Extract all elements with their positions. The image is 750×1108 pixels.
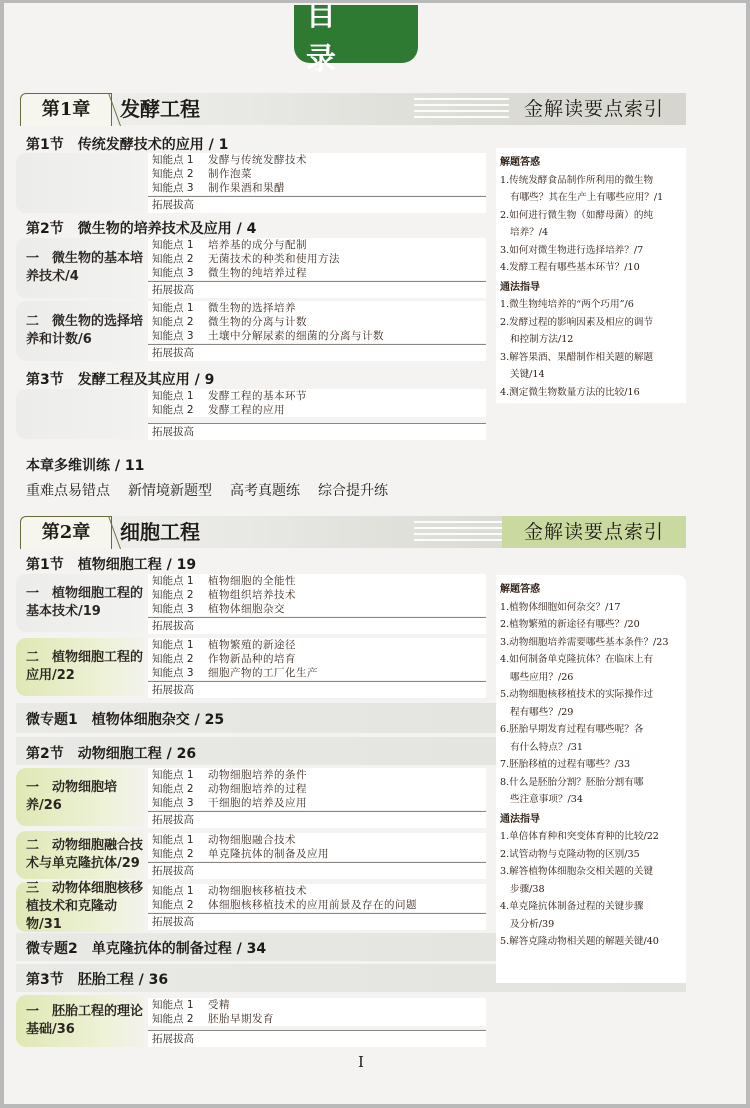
section-title: 传统发酵技术的应用 / 1 <box>78 137 229 153</box>
knowledge-block: 二 植物细胞工程的应用/22 知能点 1植物繁殖的新途径 知能点 2作物新品种的… <box>16 638 486 696</box>
kp-label: 知能点 2 <box>148 252 208 266</box>
knowledge-point[interactable]: 知能点 2动物细胞培养的过程 <box>148 782 486 796</box>
section-link[interactable]: 第1节植物细胞工程 / 19 <box>26 554 196 574</box>
knowledge-point[interactable]: 知能点 1动物细胞融合技术 <box>148 833 486 847</box>
extension-link[interactable]: 拓展拔高 <box>148 862 486 879</box>
knowledge-point[interactable]: 知能点 2胚胎早期发育 <box>148 1012 486 1026</box>
section-number: 第1节 <box>26 557 64 573</box>
knowledge-point[interactable]: 知能点 2植物组织培养技术 <box>148 588 486 602</box>
section-number: 第3节 <box>26 372 64 388</box>
kp-text: 土壤中分解尿素的细菌的分离与计数 <box>208 329 384 343</box>
chapter-drill-title[interactable]: 本章多维训练 / 11 <box>26 455 144 475</box>
kp-text: 细胞产物的工厂化生产 <box>208 666 318 680</box>
drill-item[interactable]: 新情境新题型 <box>128 483 212 499</box>
extension-link[interactable]: 拓展拔高 <box>148 196 486 213</box>
index-item[interactable]: 2.如何进行微生物（如酵母菌）的纯培养？/4 <box>500 207 682 242</box>
kp-text: 动物细胞培养的过程 <box>208 782 307 796</box>
section-number: 第2节 <box>26 221 64 237</box>
kp-label: 知能点 2 <box>148 588 208 602</box>
knowledge-point[interactable]: 知能点 1动物细胞核移植技术 <box>148 884 486 898</box>
index-item[interactable]: 1.单倍体育种和突变体育种的比较/22 <box>500 828 682 846</box>
section-number: 第1节 <box>26 137 64 153</box>
index-item[interactable]: 2.试管动物与克隆动物的区别/35 <box>500 846 682 864</box>
knowledge-point[interactable]: 知能点 1受精 <box>148 998 486 1012</box>
kp-label: 知能点 2 <box>148 782 208 796</box>
extension-link[interactable]: 拓展拔高 <box>148 281 486 298</box>
kp-text: 作物新品种的培育 <box>208 652 296 666</box>
extension-link[interactable]: 拓展拔高 <box>148 681 486 698</box>
section-title: 动物细胞工程 / 26 <box>78 746 196 762</box>
index-item[interactable]: 1.植物体细胞如何杂交？/17 <box>500 599 682 617</box>
kp-text: 植物组织培养技术 <box>208 588 296 602</box>
kp-label: 知能点 2 <box>148 898 208 912</box>
section-number: 微专题1 <box>26 712 78 728</box>
knowledge-point[interactable]: 知能点 1微生物的选择培养 <box>148 301 486 315</box>
knowledge-point[interactable]: 知能点 2微生物的分离与计数 <box>148 315 486 329</box>
knowledge-point[interactable]: 知能点 1动物细胞培养的条件 <box>148 768 486 782</box>
kp-label: 知能点 3 <box>148 329 208 343</box>
chapter-1-tag: 第1章 <box>20 93 112 126</box>
kp-text: 动物细胞培养的条件 <box>208 768 307 782</box>
extension-link[interactable]: 拓展拔高 <box>148 344 486 361</box>
knowledge-point[interactable]: 知能点 3植物体细胞杂交 <box>148 602 486 616</box>
index-item[interactable]: 3.动物细胞培养需要哪些基本条件？/23 <box>500 634 682 652</box>
kp-label: 知能点 3 <box>148 602 208 616</box>
chapter-2-index-title: 金解读要点索引 <box>502 516 686 548</box>
knowledge-block: 知能点 1发酵与传统发酵技术 知能点 2制作泡菜 知能点 3制作果酒和果醋 拓展… <box>16 153 486 213</box>
knowledge-block: 三 动物体细胞核移植技术和克隆动物/31 知能点 1动物细胞核移植技术 知能点 … <box>16 882 486 932</box>
index-group-head: 通法指导 <box>500 811 682 829</box>
kp-text: 植物细胞的全能性 <box>208 574 296 588</box>
kp-label: 知能点 1 <box>148 389 208 403</box>
block-label[interactable]: 一 动物细胞培养/26 <box>16 768 144 826</box>
section-number: 第2节 <box>26 746 64 762</box>
decor-stripes <box>414 521 509 543</box>
block-label[interactable]: 二 植物细胞工程的应用/22 <box>16 638 144 696</box>
knowledge-block: 一 动物细胞培养/26 知能点 1动物细胞培养的条件 知能点 2动物细胞培养的过… <box>16 768 486 826</box>
kp-label: 知能点 2 <box>148 1012 208 1026</box>
micro-topic-link[interactable]: 微专题2单克隆抗体的制备过程 / 34 <box>26 938 266 958</box>
kp-text: 培养基的成分与配制 <box>208 238 307 252</box>
index-item[interactable]: 2.发酵过程的影响因素及相应的调节和控制方法/12 <box>500 314 682 349</box>
index-item[interactable]: 8.什么是胚胎分割？胚胎分割有哪些注意事项？/34 <box>500 774 682 809</box>
kp-label: 知能点 3 <box>148 666 208 680</box>
chapter-1-index-title: 金解读要点索引 <box>502 93 686 125</box>
kp-label: 知能点 3 <box>148 266 208 280</box>
index-item[interactable]: 1.微生物纯培养的“两个巧用”/6 <box>500 296 682 314</box>
drill-item[interactable]: 重难点易错点 <box>26 483 110 499</box>
index-group-head: 解题答惑 <box>500 581 682 599</box>
section-title: 单克隆抗体的制备过程 / 34 <box>92 941 266 957</box>
kp-label: 知能点 1 <box>148 638 208 652</box>
kp-label: 知能点 2 <box>148 315 208 329</box>
kp-text: 受精 <box>208 998 230 1012</box>
kp-text: 胚胎早期发育 <box>208 1012 274 1026</box>
index-item[interactable]: 3.如何对微生物进行选择培养？/7 <box>500 242 682 260</box>
kp-text: 微生物的纯培养过程 <box>208 266 307 280</box>
index-item[interactable]: 4.发酵工程有哪些基本环节？/10 <box>500 259 682 277</box>
knowledge-block: 一 微生物的基本培养技术/4 知能点 1培养基的成分与配制 知能点 2无菌技术的… <box>16 238 486 298</box>
kp-text: 发酵工程的基本环节 <box>208 389 307 403</box>
kp-label: 知能点 1 <box>148 301 208 315</box>
section-link[interactable]: 第3节发酵工程及其应用 / 9 <box>26 369 214 389</box>
knowledge-point[interactable]: 知能点 1植物繁殖的新途径 <box>148 638 486 652</box>
chapter-2-name: 细胞工程 <box>120 516 200 548</box>
kp-text: 发酵与传统发酵技术 <box>208 153 307 167</box>
index-item[interactable]: 4.测定微生物数量方法的比较/16 <box>500 384 682 402</box>
kp-label: 知能点 1 <box>148 153 208 167</box>
index-item[interactable]: 7.胚胎移植的过程有哪些？/33 <box>500 756 682 774</box>
block-label <box>16 153 144 213</box>
kp-text: 植物繁殖的新途径 <box>208 638 296 652</box>
chapter-2-tag: 第2章 <box>20 516 112 549</box>
kp-text: 无菌技术的种类和使用方法 <box>208 252 340 266</box>
section-link[interactable]: 第3节胚胎工程 / 36 <box>26 969 168 989</box>
chapter-drill-items: 重难点易错点新情境新题型高考真题练综合提升练 <box>26 480 406 500</box>
kp-label: 知能点 1 <box>148 833 208 847</box>
kp-text: 微生物的分离与计数 <box>208 315 307 329</box>
section-link[interactable]: 第2节微生物的培养技术及应用 / 4 <box>26 218 256 238</box>
section-number: 第3节 <box>26 972 64 988</box>
chapter-2-header: 第2章 细胞工程 金解读要点索引 <box>14 516 686 548</box>
index-item[interactable]: 3.解答植物体细胞杂交相关题的关键步骤/38 <box>500 863 682 898</box>
knowledge-point[interactable]: 知能点 1发酵工程的基本环节 <box>148 389 486 403</box>
knowledge-point[interactable]: 知能点 3土壤中分解尿素的细菌的分离与计数 <box>148 329 486 343</box>
extension-link[interactable]: 拓展拔高 <box>148 1030 486 1047</box>
kp-text: 单克隆抗体的制备及应用 <box>208 847 329 861</box>
block-label[interactable]: 一 微生物的基本培养技术/4 <box>16 238 144 298</box>
kp-text: 制作果酒和果醋 <box>208 181 285 195</box>
knowledge-point[interactable]: 知能点 3细胞产物的工厂化生产 <box>148 666 486 680</box>
block-label[interactable]: 三 动物体细胞核移植技术和克隆动物/31 <box>16 882 144 932</box>
index-item[interactable]: 4.单克隆抗体制备过程的关键步骤及分析/39 <box>500 898 682 933</box>
section-title: 发酵工程及其应用 / 9 <box>78 372 215 388</box>
block-label <box>16 389 144 439</box>
decor-stripes <box>414 98 509 120</box>
kp-label: 知能点 2 <box>148 847 208 861</box>
kp-label: 知能点 2 <box>148 652 208 666</box>
knowledge-point[interactable]: 知能点 3制作果酒和果醋 <box>148 181 486 195</box>
knowledge-block: 一 植物细胞工程的基本技术/19 知能点 1植物细胞的全能性 知能点 2植物组织… <box>16 574 486 632</box>
kp-label: 知能点 2 <box>148 403 208 417</box>
section-number: 微专题2 <box>26 941 78 957</box>
knowledge-point[interactable]: 知能点 3微生物的纯培养过程 <box>148 266 486 280</box>
kp-text: 体细胞核移植技术的应用前景及存在的问题 <box>208 898 417 912</box>
index-item[interactable]: 5.解答克隆动物相关题的解题关键/40 <box>500 933 682 951</box>
knowledge-point[interactable]: 知能点 2单克隆抗体的制备及应用 <box>148 847 486 861</box>
index-group-head: 解题答惑 <box>500 154 682 172</box>
knowledge-point[interactable]: 知能点 2作物新品种的培育 <box>148 652 486 666</box>
drill-item[interactable]: 高考真题练 <box>230 483 300 499</box>
kp-label: 知能点 1 <box>148 574 208 588</box>
knowledge-block: 一 胚胎工程的理论基础/36 知能点 1受精 知能点 2胚胎早期发育 拓展拔高 <box>16 995 486 1047</box>
micro-topic-link[interactable]: 微专题1植物体细胞杂交 / 25 <box>26 709 224 729</box>
index-item[interactable]: 1.传统发酵食品制作所利用的微生物有哪些？其在生产上有哪些应用？/1 <box>500 172 682 207</box>
section-title: 植物体细胞杂交 / 25 <box>92 712 224 728</box>
index-item[interactable]: 5.动物细胞核移植技术的实际操作过程有哪些？/29 <box>500 686 682 721</box>
chapter-1-name: 发酵工程 <box>120 93 200 125</box>
chapter-1-header: 第1章 发酵工程 金解读要点索引 <box>14 93 686 125</box>
chapter-2-index-box: 解题答惑 1.植物体细胞如何杂交？/17 2.植物繁殖的新途径有哪些？/20 3… <box>496 575 686 983</box>
block-label[interactable]: 二 动物细胞融合技术与单克隆抗体/29 <box>16 831 144 879</box>
extension-link[interactable]: 拓展拔高 <box>148 811 486 828</box>
kp-text: 制作泡菜 <box>208 167 252 181</box>
kp-label: 知能点 1 <box>148 768 208 782</box>
extension-link[interactable]: 拓展拔高 <box>148 913 486 930</box>
knowledge-point[interactable]: 知能点 1植物细胞的全能性 <box>148 574 486 588</box>
page-number: I <box>358 1053 364 1071</box>
kp-text: 植物体细胞杂交 <box>208 602 285 616</box>
kp-label: 知能点 3 <box>148 796 208 810</box>
section-title: 微生物的培养技术及应用 / 4 <box>78 221 257 237</box>
knowledge-point[interactable]: 知能点 3干细胞的培养及应用 <box>148 796 486 810</box>
knowledge-point[interactable]: 知能点 2无菌技术的种类和使用方法 <box>148 252 486 266</box>
index-item[interactable]: 6.胚胎早期发育过程有哪些呢？各有什么特点？/31 <box>500 721 682 756</box>
kp-label: 知能点 1 <box>148 238 208 252</box>
knowledge-block: 二 动物细胞融合技术与单克隆抗体/29 知能点 1动物细胞融合技术 知能点 2单… <box>16 831 486 879</box>
kp-text: 干细胞的培养及应用 <box>208 796 307 810</box>
index-item[interactable]: 3.解答果酒、果醋制作相关题的解题关键/14 <box>500 349 682 384</box>
block-label[interactable]: 一 胚胎工程的理论基础/36 <box>16 995 144 1047</box>
index-item[interactable]: 2.植物繁殖的新途径有哪些？/20 <box>500 616 682 634</box>
section-link[interactable]: 第1节传统发酵技术的应用 / 1 <box>26 134 228 154</box>
section-title: 胚胎工程 / 36 <box>78 972 168 988</box>
drill-item[interactable]: 综合提升练 <box>318 483 388 499</box>
section-link[interactable]: 第2节动物细胞工程 / 26 <box>26 743 196 763</box>
kp-text: 微生物的选择培养 <box>208 301 296 315</box>
index-group-head: 通法指导 <box>500 279 682 297</box>
chapter-1-index-box: 解题答惑 1.传统发酵食品制作所利用的微生物有哪些？其在生产上有哪些应用？/1 … <box>496 148 686 403</box>
knowledge-point[interactable]: 知能点 2制作泡菜 <box>148 167 486 181</box>
kp-text: 动物细胞融合技术 <box>208 833 296 847</box>
kp-label: 知能点 1 <box>148 998 208 1012</box>
kp-label: 知能点 1 <box>148 884 208 898</box>
kp-text: 发酵工程的应用 <box>208 403 285 417</box>
kp-label: 知能点 2 <box>148 167 208 181</box>
knowledge-point[interactable]: 知能点 2发酵工程的应用 <box>148 403 486 417</box>
knowledge-block: 二 微生物的选择培养和计数/6 知能点 1微生物的选择培养 知能点 2微生物的分… <box>16 301 486 361</box>
block-label[interactable]: 一 植物细胞工程的基本技术/19 <box>16 574 144 632</box>
extension-link[interactable]: 拓展拔高 <box>148 617 486 634</box>
kp-text: 动物细胞核移植技术 <box>208 884 307 898</box>
index-item[interactable]: 4.如何制备单克隆抗体？在临床上有哪些应用？/26 <box>500 651 682 686</box>
block-label[interactable]: 二 微生物的选择培养和计数/6 <box>16 301 144 361</box>
knowledge-point[interactable]: 知能点 2体细胞核移植技术的应用前景及存在的问题 <box>148 898 486 912</box>
section-title: 植物细胞工程 / 19 <box>78 557 196 573</box>
knowledge-block: 知能点 1发酵工程的基本环节 知能点 2发酵工程的应用 拓展拔高 <box>16 389 486 439</box>
page-title: 目 录 <box>294 5 418 63</box>
kp-label: 知能点 3 <box>148 181 208 195</box>
toc-page: 目 录 第1章 发酵工程 金解读要点索引 第1节传统发酵技术的应用 / 1 知能… <box>4 3 746 1104</box>
knowledge-point[interactable]: 知能点 1培养基的成分与配制 <box>148 238 486 252</box>
extension-link[interactable]: 拓展拔高 <box>148 423 486 440</box>
knowledge-point[interactable]: 知能点 1发酵与传统发酵技术 <box>148 153 486 167</box>
